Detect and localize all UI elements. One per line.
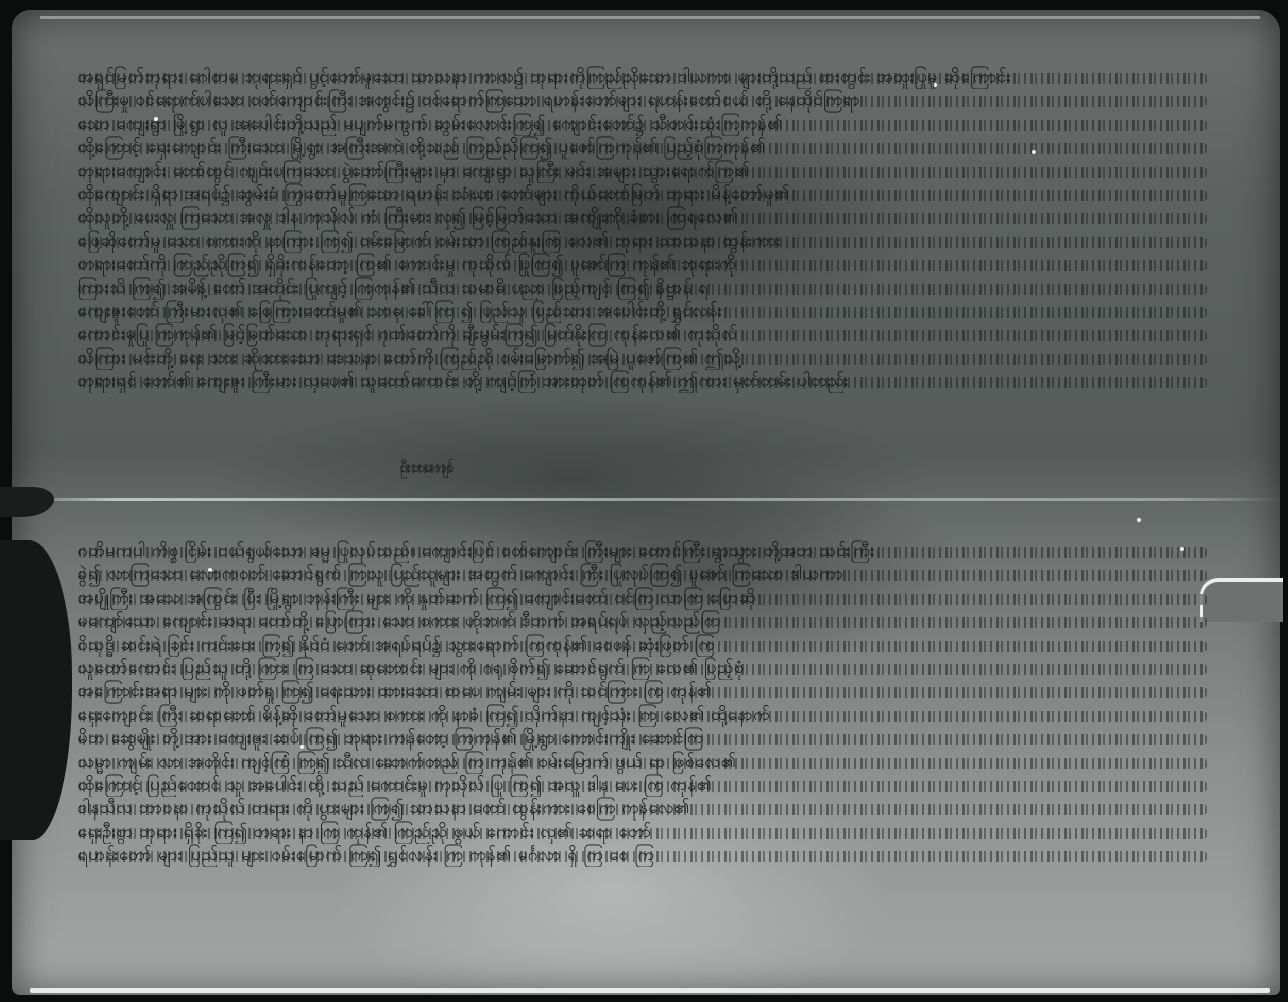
manuscript-line: အပျိုကြီး အသေ အကြွင်း ပြီး မြို့ရွာ ဘုန်… <box>78 587 1208 610</box>
manuscript-bottom-edge <box>30 988 1270 993</box>
manuscript-line: ရှေးဦးစွာ ဘုရား ရှိခိုး ကြ၍ တရား နာ ကြ က… <box>78 821 1208 844</box>
manuscript-top-edge <box>40 16 1260 19</box>
manuscript-line: သမ္မာ ကျမ်း လာ အတိုင်း ကျင့်ကြံ ကြ၍ သီလ … <box>78 751 1208 774</box>
paper-speck <box>1137 518 1141 522</box>
manuscript-line: ကောင်းမှုပြု ကြကုန်၏ မြင့်မြတ်သော ဘုရားရ… <box>78 323 1208 346</box>
manuscript-line: မိဘ ဆွေမျိုး တို့ အား ကျေးဇူး ဆပ် ကြ၍ ဘု… <box>78 727 1208 750</box>
manuscript-line: ထိုသူတို့ ပေးလှူ ကြသော အလှူ ဒါန ကုသိုလ် … <box>78 206 1208 229</box>
manuscript-line: ဂတိမကပါ ကိစ္စ ငြိမ်း ငယ်ရွယ်သော ဓမ္မ ပြု… <box>78 540 1208 563</box>
manuscript-line: မကျော်သော ကျောင်း ဆရာ တော်တို့ ပြောကြား … <box>78 610 1208 633</box>
manuscript-fold-line <box>12 498 1280 501</box>
manuscript-line: အရှင်မြတ်ဘုရား ဂေါတမ ဘုရားရှင် ပွင့်တော်… <box>78 66 1208 89</box>
manuscript-line: သူတော်ကောင်း ပြည်သူ တို့ ကြား ကြ သော ဆုတ… <box>78 657 1208 680</box>
manuscript-line: တရားတော်ကို ကြည်ညိုကြ၍ ရှိခိုးကန်တော့ ကြ… <box>78 253 1208 276</box>
manuscript-line: ဖြေဆိုတော်မူ သော စကားကို နာကြား ကြ၍ ဝမ်း… <box>78 230 1208 253</box>
manuscript-line: သော ကျေးရွာ မြို့ရွာ လူ အပေါင်းတို့သည် မ… <box>78 113 1208 136</box>
manuscript-line: ဘုရားရှင် တော်၏ ကျေးဇူး ကြီးမား လှပေ၏ သူ… <box>78 370 1208 393</box>
manuscript-line: ဒါနသီလ ဘာဝနာ ကုသိုလ် တရား ကို ပွားများ က… <box>78 797 1208 820</box>
marginal-note: ဦးဘကျော် <box>400 458 454 479</box>
paper-speck <box>1032 150 1036 154</box>
manuscript-line: ရှေးကျောင်း ကြီး ဆရာတော် မိန့်ဆို တော်မူ… <box>78 704 1208 727</box>
top-text-section: အရှင်မြတ်ဘုရား ဂေါတမ ဘုရားရှင် ပွင့်တော်… <box>78 66 1208 393</box>
paper-speck <box>1180 547 1184 551</box>
manuscript-line: ရဟန်းတော် များ ပြည်သူ များ ဝမ်းမြောက် ကြ… <box>78 844 1208 867</box>
manuscript-line: ကြားသိ ကြ၍ အမိန့် တော် အတိုင်း ပြုကျင့် … <box>78 277 1208 300</box>
manuscript-line: ခွဲ၍ လာကြသော လောကဝတ် ဆောင်ရွက် ကြသူ ပြည်… <box>78 563 1208 586</box>
manuscript-line: သိကြီးမှု ဝင်ရောက်ပါသော ဝတ်ကျောင်းကြီး အ… <box>78 89 1208 112</box>
manuscript-line: ထိုကြောင့် ပြည်ထောင် သူ အပေါင်း တို့ သည်… <box>78 774 1208 797</box>
manuscript-line: အကြောင်းအရာ များ ကို ဖတ်ရှု ကြ၍ ရေးသား ထ… <box>78 680 1208 703</box>
manuscript-line: ထို့ကြောင့် ရှေးကျောင်း ကြီးသော မြို့ရွာ… <box>78 136 1208 159</box>
torn-right-margin <box>1200 578 1283 622</box>
bottom-text-section: ဂတိမကပါ ကိစ္စ ငြိမ်း ငယ်ရွယ်သော ဓမ္မ ပြု… <box>78 540 1208 867</box>
manuscript-line: ကျေးဇူးတော် ကြီးမားလှ၏ ဖြေကြားတော်မူ၏ သာ… <box>78 300 1208 323</box>
manuscript-line: ဝိသုဒ္ဓိ ဆင်းရဲ ခြင်း ကင်းဝေး ကြ၍ နိုင်င… <box>78 634 1208 657</box>
manuscript-line: သိကြား မင်းတို့ ရေး သား ဆိုထားသော ဒေသနာ … <box>78 347 1208 370</box>
manuscript-line: ဘုရားကျောင်း တော်တွင် ကျင်းပကြသော ပွဲတော… <box>78 160 1208 183</box>
manuscript-line: ထိုကျောင်း ရှိရာ အရပ်၌ ဆွမ်းခံ ကြွတော်မူ… <box>78 183 1208 206</box>
